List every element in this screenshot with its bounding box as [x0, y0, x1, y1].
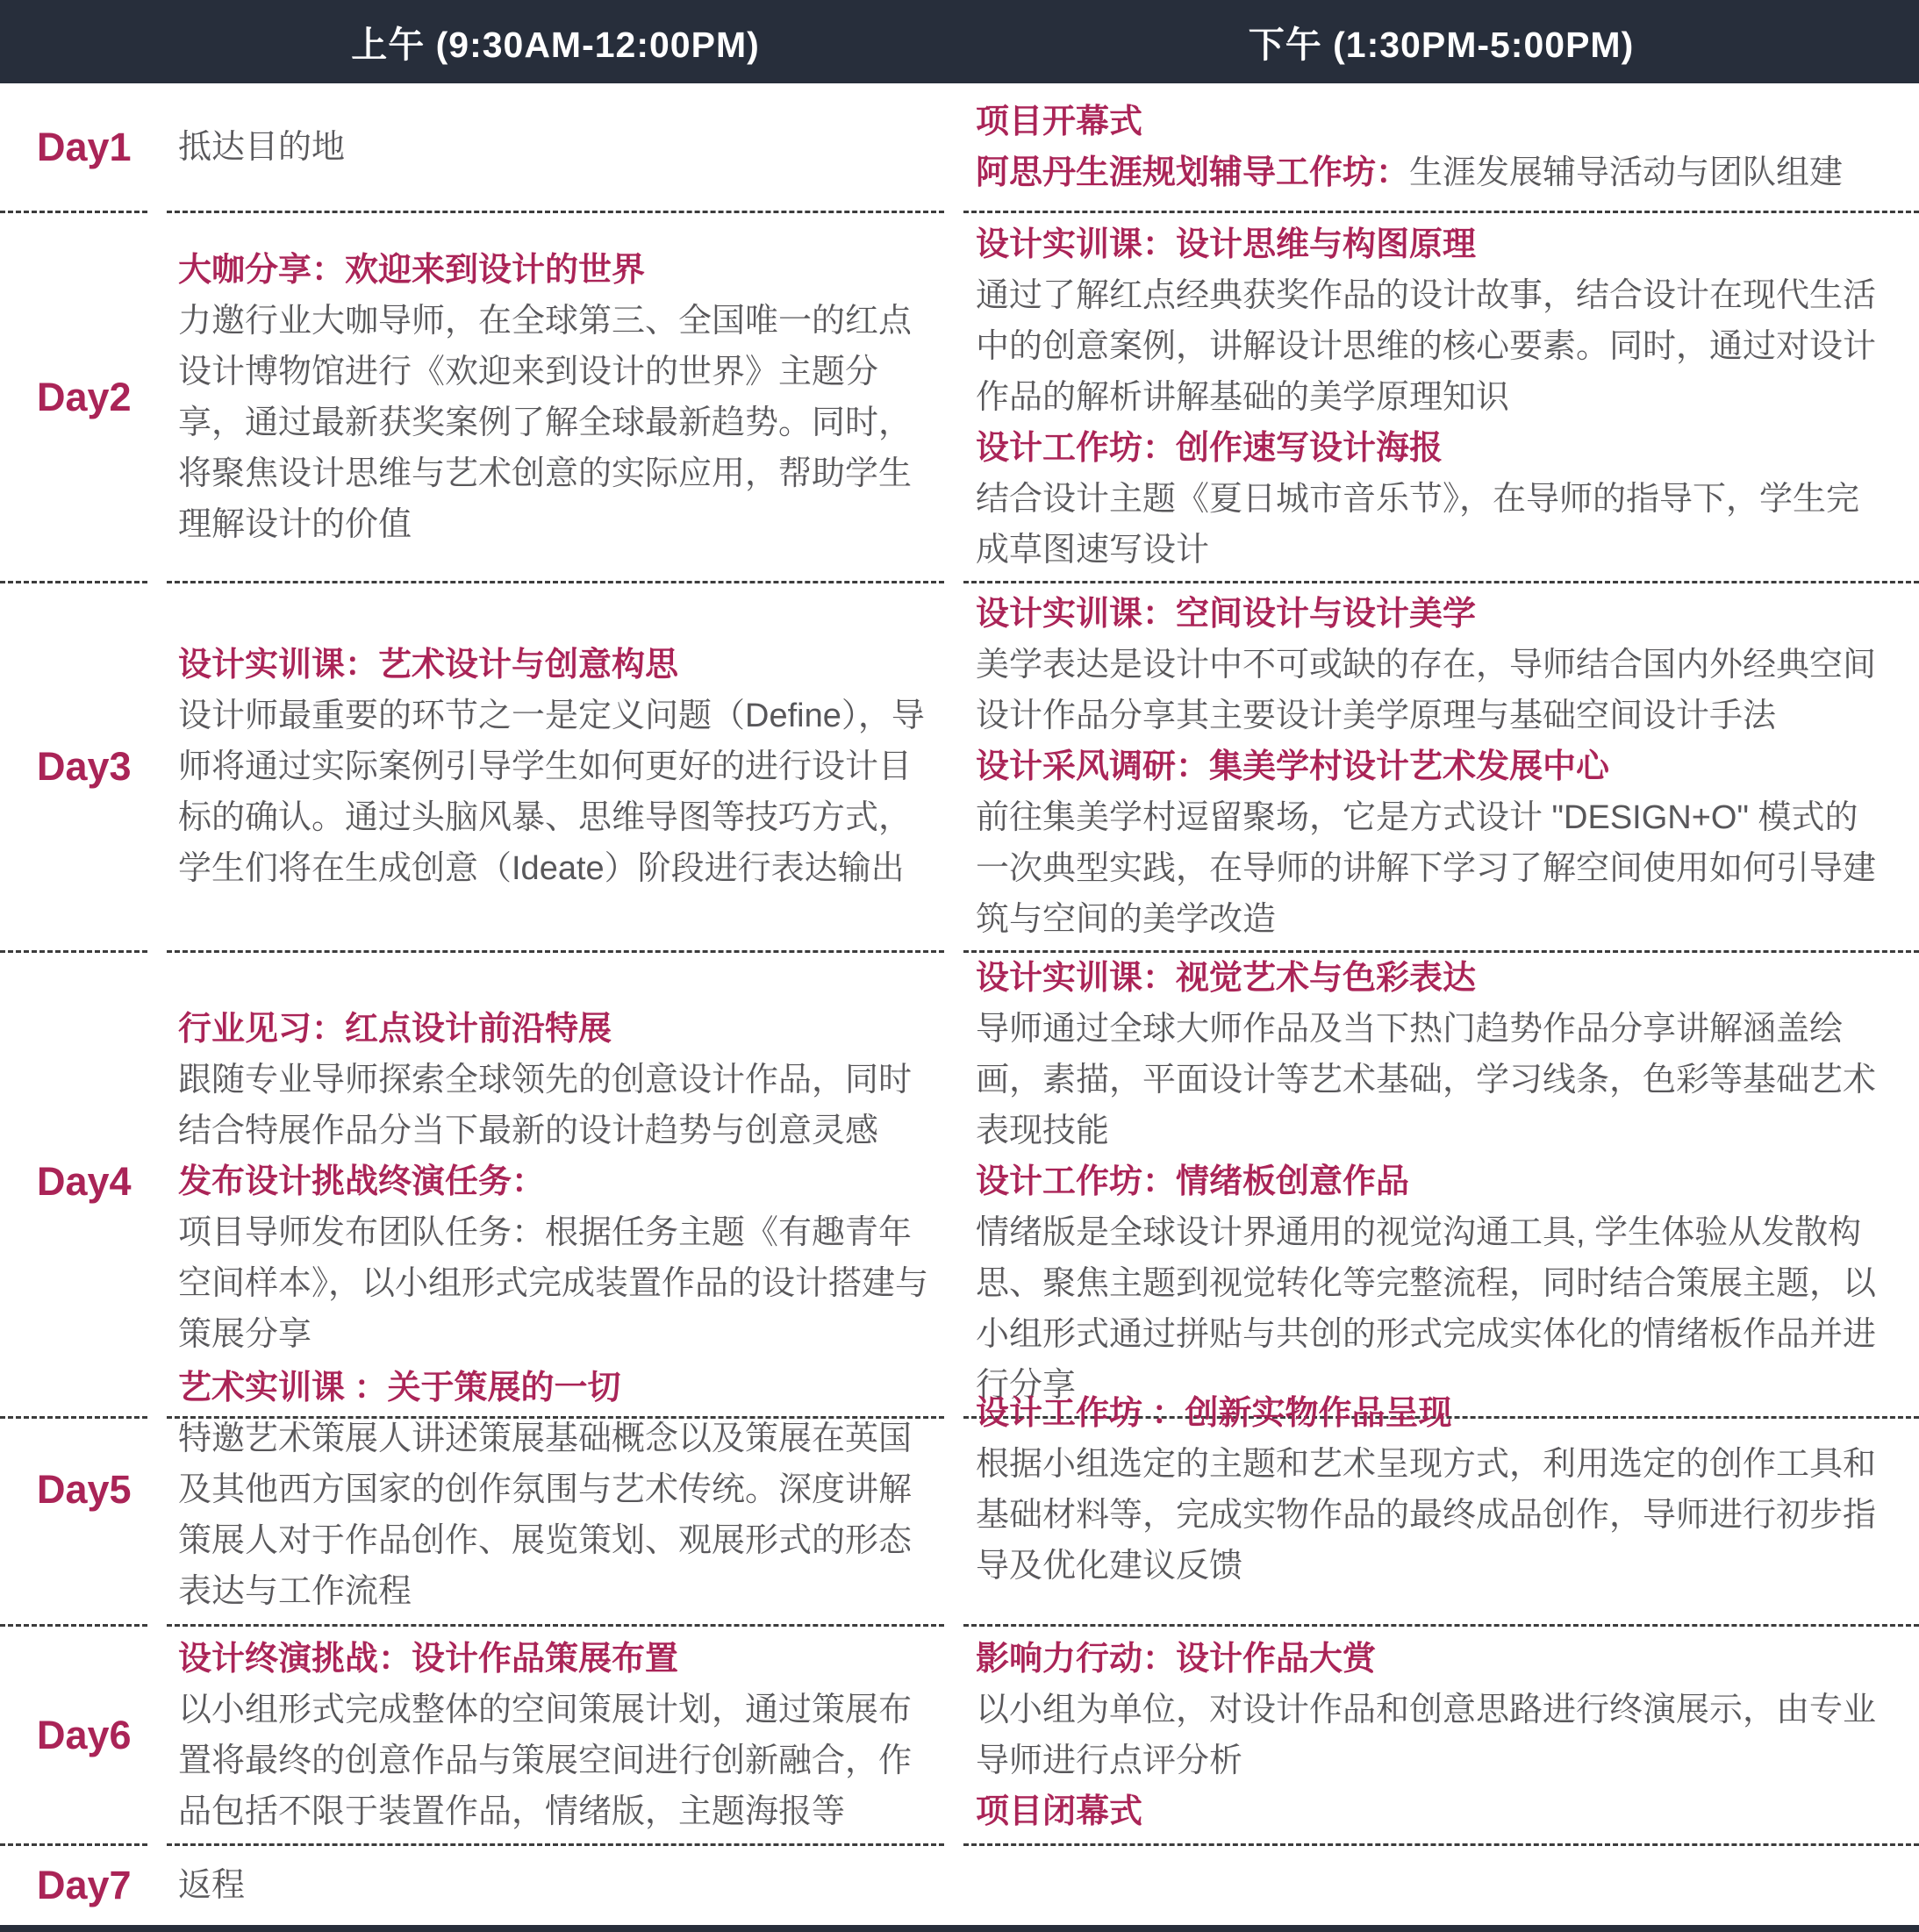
- day-label: Day4: [0, 948, 147, 1419]
- session-desc: 前往集美学村逗留聚场，它是方式设计 "DESIGN+O" 模式的一次典型实践，在…: [976, 792, 1880, 945]
- session-title: 项目开幕式: [976, 97, 1880, 147]
- session-desc: 结合设计主题《夏日城市音乐节》，在导师的指导下，学生完成草图速写设计: [976, 474, 1880, 576]
- session-desc: 以小组形式完成整体的空间策展计划，通过策展布置将最终的创意作品与策展空间进行创新…: [178, 1685, 935, 1837]
- day-label-text: Day7: [37, 1863, 147, 1908]
- morning-cell: 设计终演挑战：设计作品策展布置以小组形式完成整体的空间策展计划，通过策展布置将最…: [167, 1627, 944, 1846]
- day-label: Day2: [0, 213, 147, 583]
- afternoon-cell: 影响力行动：设计作品大赏以小组为单位，对设计作品和创意思路进行终演展示，由专业导…: [963, 1627, 1919, 1846]
- schedule-table: 上午 (9:30AM-12:00PM) 下午 (1:30PM-5:00PM) D…: [0, 0, 1919, 1932]
- session-title: 设计实训课：艺术设计与创意构思: [178, 640, 935, 691]
- day-label-text: Day3: [37, 744, 147, 790]
- day-label: Day1: [0, 83, 147, 213]
- session-desc: 生涯发展辅导活动与团队组建: [1409, 154, 1843, 191]
- table-row: Day6设计终演挑战：设计作品策展布置以小组形式完成整体的空间策展计划，通过策展…: [0, 1627, 1919, 1846]
- table-row: Day4行业见习：红点设计前沿特展跟随专业导师探索全球领先的创意设计作品，同时结…: [0, 948, 1919, 1355]
- session-desc: 设计师最重要的环节之一是定义问题（Define），导师将通过实际案例引导学生如何…: [178, 691, 935, 894]
- header-afternoon-label: 下午 (1:30PM-5:00PM): [963, 0, 1919, 83]
- day-label-text: Day5: [37, 1467, 147, 1513]
- day-label-text: Day1: [37, 125, 147, 170]
- day-label-text: Day2: [37, 375, 147, 420]
- afternoon-cell: 设计实训课：空间设计与设计美学美学表达是设计中不可或缺的存在，导师结合国内外经典…: [963, 583, 1919, 953]
- session-title: 设计工作坊：创作速写设计海报: [976, 423, 1880, 474]
- session-title: 设计实训课：空间设计与设计美学: [976, 589, 1880, 640]
- session-title: 项目闭幕式: [976, 1786, 1880, 1837]
- session-desc: 特邀艺术策展人讲述策展基础概念以及策展在英国及其他西方国家的创作氛围与艺术传统。…: [178, 1413, 935, 1617]
- morning-cell: 设计实训课：艺术设计与创意构思设计师最重要的环节之一是定义问题（Define），…: [167, 583, 944, 953]
- header-day-spacer: [0, 0, 147, 83]
- afternoon-cell: 设计工作坊 ：创新实物作品呈现根据小组选定的主题和艺术呈现方式，利用选定的创作工…: [963, 1355, 1919, 1627]
- header-morning-label: 上午 (9:30AM-12:00PM): [167, 0, 944, 83]
- morning-cell: 返程: [167, 1846, 944, 1925]
- session-desc: 美学表达是设计中不可或缺的存在，导师结合国内外经典空间设计作品分享其主要设计美学…: [976, 640, 1880, 741]
- morning-cell: 抵达目的地: [167, 83, 944, 213]
- day-label-text: Day4: [37, 1159, 147, 1205]
- session-title: 设计采风调研：集美学村设计艺术发展中心: [976, 741, 1880, 792]
- session-title: 艺术实训课 ：关于策展的一切: [178, 1363, 935, 1413]
- afternoon-cell: [963, 1846, 1919, 1925]
- session-desc: 返程: [178, 1860, 935, 1911]
- day-label: Day5: [0, 1355, 147, 1627]
- session-title: 设计工作坊 ：创新实物作品呈现: [976, 1388, 1880, 1439]
- session-desc: 力邀行业大咖导师，在全球第三、全国唯一的红点设计博物馆进行《欢迎来到设计的世界》…: [178, 296, 935, 550]
- session-title: 行业见习：红点设计前沿特展: [178, 1004, 935, 1055]
- session-title: 阿思丹生涯规划辅导工作坊：: [976, 154, 1409, 191]
- session-desc: 根据小组选定的主题和艺术呈现方式，利用选定的创作工具和基础材料等，完成实物作品的…: [976, 1439, 1880, 1592]
- session-desc: 跟随专业导师探索全球领先的创意设计作品，同时结合特展作品分当下最新的设计趋势与创…: [178, 1055, 935, 1156]
- table-header: 上午 (9:30AM-12:00PM) 下午 (1:30PM-5:00PM): [0, 0, 1919, 83]
- day-label: Day7: [0, 1846, 147, 1925]
- session-desc: 以小组为单位，对设计作品和创意思路进行终演展示，由专业导师进行点评分析: [976, 1685, 1880, 1786]
- session-title-with-desc: 阿思丹生涯规划辅导工作坊：生涯发展辅导活动与团队组建: [976, 147, 1880, 198]
- session-desc: 导师通过全球大师作品及当下热门趋势作品分享讲解涵盖绘画，素描，平面设计等艺术基础…: [976, 1004, 1880, 1156]
- bottom-bar: [0, 1925, 1919, 1932]
- session-title: 发布设计挑战终演任务：: [178, 1156, 935, 1207]
- day-label: Day6: [0, 1627, 147, 1846]
- table-row: Day1抵达目的地项目开幕式阿思丹生涯规划辅导工作坊：生涯发展辅导活动与团队组建: [0, 83, 1919, 213]
- morning-cell: 行业见习：红点设计前沿特展跟随专业导师探索全球领先的创意设计作品，同时结合特展作…: [167, 948, 944, 1419]
- table-row: Day2大咖分享：欢迎来到设计的世界力邀行业大咖导师，在全球第三、全国唯一的红点…: [0, 213, 1919, 583]
- session-desc: 通过了解红点经典获奖作品的设计故事，结合设计在现代生活中的创意案例，讲解设计思维…: [976, 270, 1880, 423]
- table-row: Day3设计实训课：艺术设计与创意构思设计师最重要的环节之一是定义问题（Defi…: [0, 583, 1919, 948]
- afternoon-cell: 项目开幕式阿思丹生涯规划辅导工作坊：生涯发展辅导活动与团队组建: [963, 83, 1919, 213]
- morning-cell: 艺术实训课 ：关于策展的一切特邀艺术策展人讲述策展基础概念以及策展在英国及其他西…: [167, 1355, 944, 1627]
- afternoon-cell: 设计实训课：设计思维与构图原理通过了解红点经典获奖作品的设计故事，结合设计在现代…: [963, 213, 1919, 583]
- session-title: 设计工作坊：情绪板创意作品: [976, 1156, 1880, 1207]
- session-title: 大咖分享：欢迎来到设计的世界: [178, 245, 935, 296]
- day-label-text: Day6: [37, 1713, 147, 1758]
- table-row: Day5艺术实训课 ：关于策展的一切特邀艺术策展人讲述策展基础概念以及策展在英国…: [0, 1355, 1919, 1627]
- schedule-rows: Day1抵达目的地项目开幕式阿思丹生涯规划辅导工作坊：生涯发展辅导活动与团队组建…: [0, 83, 1919, 1925]
- session-title: 设计实训课：设计思维与构图原理: [976, 219, 1880, 270]
- session-desc: 项目导师发布团队任务：根据任务主题《有趣青年空间样本》，以小组形式完成装置作品的…: [178, 1207, 935, 1360]
- afternoon-cell: 设计实训课：视觉艺术与色彩表达导师通过全球大师作品及当下热门趋势作品分享讲解涵盖…: [963, 948, 1919, 1419]
- morning-cell: 大咖分享：欢迎来到设计的世界力邀行业大咖导师，在全球第三、全国唯一的红点设计博物…: [167, 213, 944, 583]
- session-title: 影响力行动：设计作品大赏: [976, 1634, 1880, 1685]
- session-title: 设计实训课：视觉艺术与色彩表达: [976, 953, 1880, 1004]
- table-row: Day7返程: [0, 1846, 1919, 1925]
- session-title: 设计终演挑战：设计作品策展布置: [178, 1634, 935, 1685]
- day-label: Day3: [0, 583, 147, 953]
- session-desc: 抵达目的地: [178, 122, 935, 173]
